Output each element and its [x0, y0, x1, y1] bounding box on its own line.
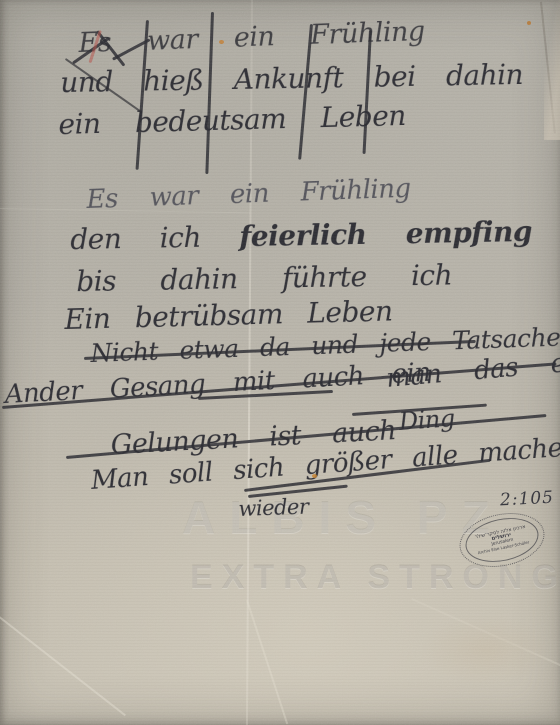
handwritten-line-stanza2-2: den ich feierlich empfing: [70, 215, 532, 256]
stanza2-line2-start: den ich: [70, 221, 201, 256]
archive-stamp-inner: ארכיון אלזה לסקר־שילר ירושלים Jerusalem …: [461, 512, 542, 568]
bottom-right-crease: [411, 598, 560, 677]
catalog-number: 2:105: [500, 488, 555, 511]
handwritten-line-stanza1-3: ein bedeutsam Leben: [58, 99, 406, 141]
manuscript-page: ALBIS PZ EXTRA STRONG Es war ein Frühlin…: [0, 0, 560, 725]
watermark-albis: ALBIS PZ: [182, 490, 504, 544]
bottom-center-crease: [247, 600, 289, 724]
archive-stamp: ארכיון אלזה לסקר־שילר ירושלים Jerusalem …: [455, 506, 550, 575]
bottom-left-crease: [0, 610, 126, 716]
handwritten-insert-wieder: wieder: [238, 495, 309, 521]
top-right-tear-crease: [540, 2, 556, 133]
handwritten-line-stanza2-1: Es war ein Frühling: [86, 174, 411, 215]
paper-stain: [420, 615, 550, 685]
ink-speck: [527, 21, 531, 25]
handwritten-line-stanza1-1: Es war ein Frühling: [78, 16, 425, 59]
torn-edge: [544, 0, 560, 140]
stanza2-line2-emphasis: feierlich empfing: [239, 215, 532, 253]
handwritten-line-stanza1-2: und hieß Ankunft bei dahin: [60, 58, 523, 99]
handwritten-line-stanza2-3: bis dahin führte ich: [76, 258, 452, 298]
